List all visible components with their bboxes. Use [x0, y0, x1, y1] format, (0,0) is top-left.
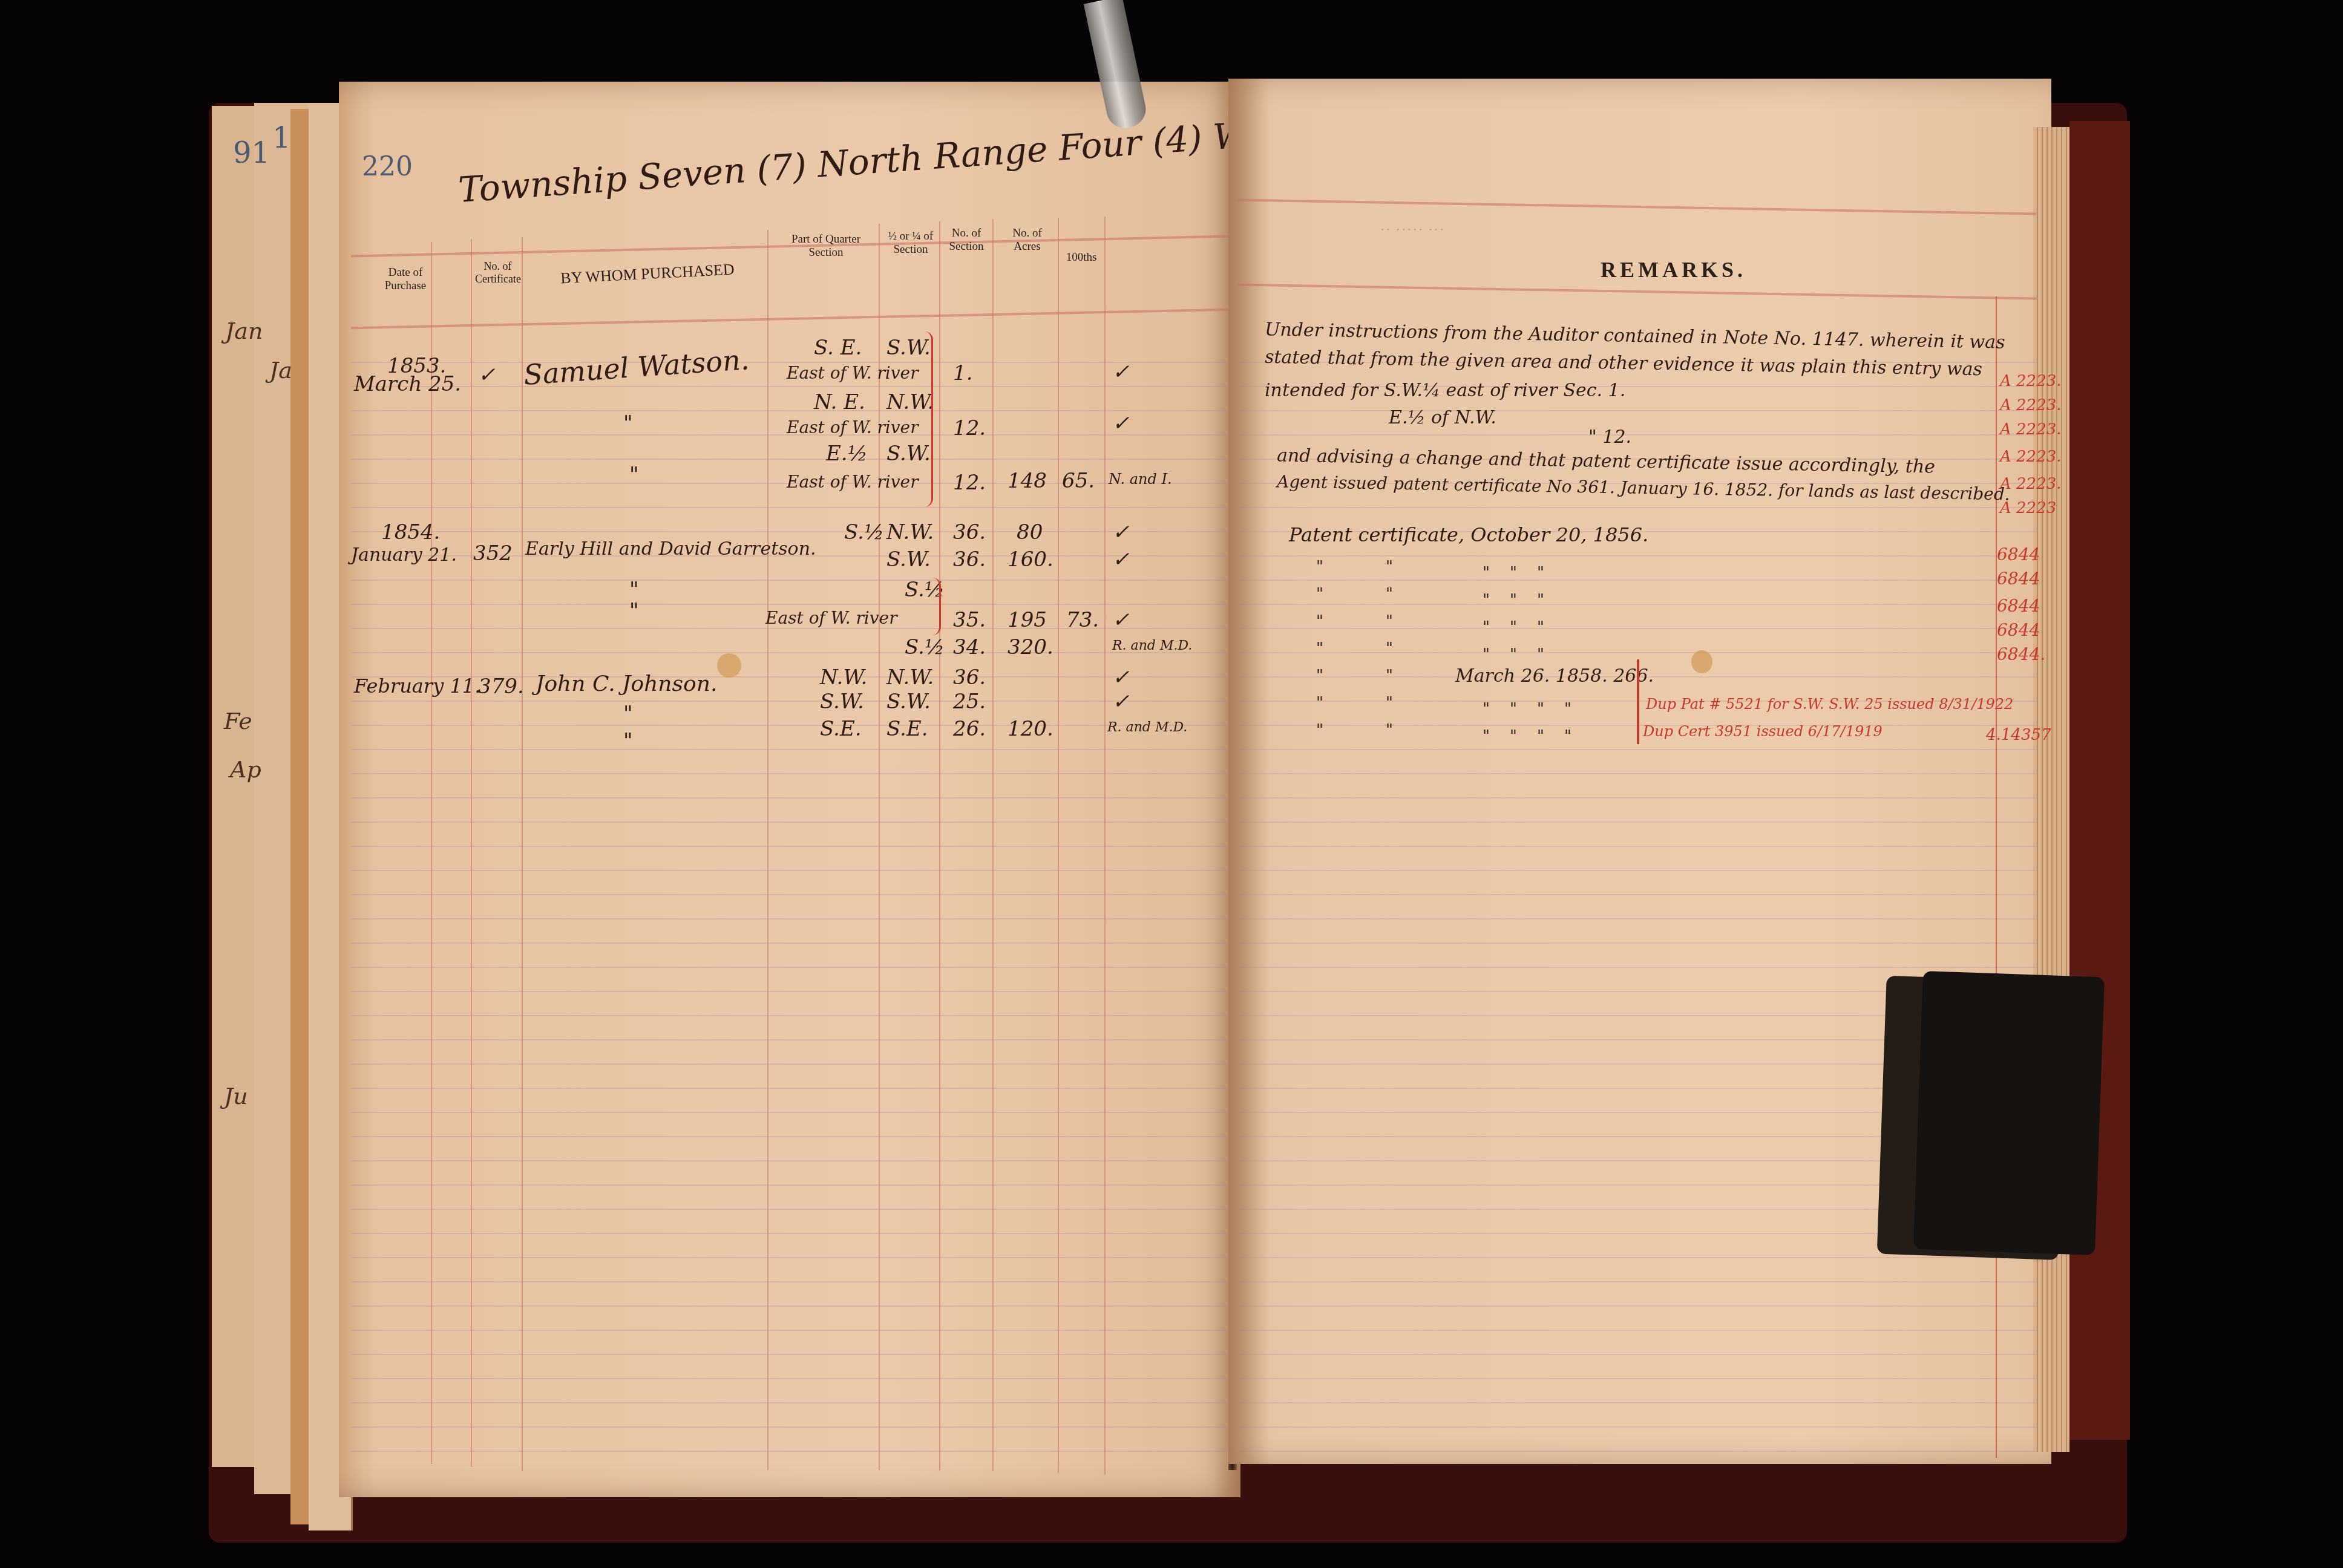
margin-ref: A 2223.: [2000, 372, 2061, 390]
patent-certificate-line: Patent certificate, October 20, 1856.: [1289, 523, 1648, 546]
remark-line-4: E.½ of N.W.: [1389, 407, 1496, 428]
entry-1-red-brace: [923, 332, 933, 507]
header-part-of-quarter-section: Part of Quarter Section: [778, 233, 874, 260]
entry-3-row-3-part: S.E.: [820, 717, 862, 741]
entry-2-row-2-mark: ✓: [1112, 547, 1130, 572]
remark-line-3: intended for S.W.¼ east of river Sec. 1.: [1265, 380, 1625, 401]
tab-hand-ju: Ju: [224, 1083, 248, 1109]
entry-3-row-3-mark: R. and M.D.: [1107, 720, 1187, 735]
entry-2-row-2-section: 36.: [953, 547, 986, 572]
entry-1-row-2-section: 1.: [953, 361, 972, 385]
march-1858-line: March 26. 1858. 266.: [1455, 665, 1654, 687]
margin-ref: A 2223.: [2000, 420, 2061, 439]
header-half-or-quarter: ½ or ¼ of Section: [883, 230, 938, 256]
entry-2-row-4-hundredths: 73.: [1066, 608, 1099, 632]
entry-3-row-2-quarter: S.W.: [886, 690, 931, 714]
entry-3-row-3-acres: 120.: [1008, 717, 1054, 741]
entry-2-row-2-acres: 160.: [1008, 547, 1054, 572]
margin-ref: 6844.: [1997, 644, 2045, 664]
entry-1-row-6-acres: 148: [1008, 469, 1047, 493]
ditto-mark: ": [623, 411, 633, 436]
entry-3-row-1-mark: ✓: [1112, 665, 1130, 690]
entry-2-row-5-section: 34.: [953, 635, 986, 659]
page-number: 220: [362, 151, 413, 182]
line-rules: [351, 339, 1228, 1458]
entry-2-red-brace: [932, 578, 941, 635]
entry-1-row-1-part: S. E.: [814, 336, 862, 360]
entry-2-purchaser: Early Hill and David Garretson.: [525, 538, 816, 560]
line-rules-right: [1237, 339, 2036, 1452]
entry-1-row-6-part: East of W. river: [787, 472, 919, 492]
remarks-header: REMARKS.: [1601, 257, 1746, 283]
header-hundredths: 100ths: [1060, 251, 1103, 264]
margin-ref: 6844: [1997, 620, 2040, 640]
entry-3-row-3-quarter: S.E.: [886, 717, 928, 741]
ditto-column-4: " " " " " " " ": [1483, 696, 1571, 750]
entry-2-row-4-acres: 195: [1008, 608, 1047, 632]
entry-3-certificate: 379.: [478, 675, 524, 699]
entry-2-row-4-section: 35.: [953, 608, 986, 632]
header-no-of-certificate: No. of Certificate: [475, 260, 520, 285]
entry-3-row-2-section: 25.: [953, 690, 986, 714]
entry-1-row-3-part: N. E.: [814, 390, 865, 414]
entry-1-row-6-hundredths: 65.: [1062, 469, 1095, 493]
entry-2-row-1-acres: 80: [1017, 520, 1043, 544]
entry-1-date: March 25.: [354, 372, 461, 396]
margin-ref: 6844: [1997, 569, 2040, 589]
ditto-column-3: " " " " " " " " " " " ": [1483, 560, 1544, 668]
tab-hand-jan: Jan: [225, 318, 263, 344]
tab-number-91: 91: [233, 136, 270, 170]
margin-red-rule: [1996, 296, 1997, 1458]
entry-2-row-2-quarter: S.W.: [886, 547, 931, 572]
entry-1-row-5-part: E.½: [826, 442, 868, 466]
entry-2-row-1-part: S.½: [844, 520, 884, 544]
entry-3-date: February 11.: [354, 675, 480, 697]
entry-1-certificate: ✓: [478, 363, 496, 387]
entry-1-row-2-mark: ✓: [1112, 360, 1130, 384]
entry-2-row-4-mark: ✓: [1112, 608, 1130, 632]
entry-3-row-2-mark: ✓: [1112, 690, 1130, 714]
margin-ref: 6844: [1997, 544, 2040, 564]
header-no-of-section: No. of Section: [942, 227, 991, 253]
entry-2-row-5-quarter: S.½: [905, 635, 945, 659]
tab-hand-ja: Ja: [269, 357, 292, 384]
red-note-duplicate-cert: Dup Cert 3951 issued 6/17/1919: [1643, 723, 1883, 740]
header-no-of-acres: No. of Acres: [998, 227, 1056, 253]
entry-2-date: January 21.: [351, 544, 457, 566]
entry-2-row-5-acres: 320.: [1008, 635, 1054, 659]
entry-1-row-2-part: East of W. river: [787, 363, 919, 383]
entry-3-row-1-section: 36.: [953, 665, 986, 690]
entry-2-row-1-quarter: N.W.: [886, 520, 934, 544]
margin-ref: 4.14357: [1986, 726, 2051, 744]
entry-2-year: 1854.: [381, 520, 440, 544]
tab-hand-fe: Fe: [224, 708, 252, 734]
ink-stain: [717, 653, 741, 678]
entry-2-row-5-mark: R. and M.D.: [1112, 638, 1192, 653]
margin-ref: A 2223.: [2000, 396, 2061, 414]
ink-stain: [1691, 650, 1712, 673]
margin-ref: 6844: [1997, 596, 2040, 616]
ditto-column-2: " " " " " " ": [1386, 554, 1393, 744]
ditto-column-1: " " " " " " ": [1316, 554, 1323, 744]
entry-3-row-1-quarter: N.W.: [886, 665, 934, 690]
margin-ref: A 2223.: [2000, 448, 2061, 466]
entry-3-row-3-section: 26.: [953, 717, 986, 741]
entry-2-row-1-section: 36.: [953, 520, 986, 544]
entry-1-row-4-part: East of W. river: [787, 417, 919, 437]
tab-hand-ap: Ap: [230, 756, 261, 783]
remark-line-5: " 12.: [1588, 426, 1631, 448]
red-note-duplicate-patent: Dup Pat # 5521 for S.W. S.W. 25 issued 8…: [1646, 696, 2013, 713]
margin-ref: A 2223.: [2000, 475, 2061, 493]
header-date-of-purchase: Date of Purchase: [378, 266, 433, 293]
entry-1-row-4-mark: ✓: [1112, 411, 1130, 436]
entry-2-row-1-mark: ✓: [1112, 520, 1130, 544]
red-bracket: [1637, 659, 1639, 744]
entry-3-row-2-part: S.W.: [820, 690, 864, 714]
ditto-mark: ": [623, 729, 633, 753]
entry-1-row-6-section: 12.: [953, 471, 986, 495]
ditto-mark: ": [623, 702, 633, 726]
tab-number-1: 1: [272, 121, 291, 155]
ditto-mark: ": [629, 578, 639, 602]
entry-3-purchaser: John C. Johnson.: [536, 671, 717, 696]
ditto-mark: ": [629, 599, 639, 623]
bleed-through-text: ·· ····· ···: [1380, 221, 1444, 240]
entry-1-row-4-section: 12.: [953, 416, 986, 440]
ditto-mark: ": [629, 463, 639, 487]
entry-2-row-4-part: East of W. river: [765, 608, 897, 628]
book-weight: [1913, 971, 2105, 1255]
entry-1-row-6-mark: N. and I.: [1109, 471, 1172, 488]
margin-ref: A 2223: [2000, 499, 2056, 517]
entry-2-certificate: 352: [473, 541, 513, 566]
entry-3-row-1-part: N.W.: [820, 665, 867, 690]
